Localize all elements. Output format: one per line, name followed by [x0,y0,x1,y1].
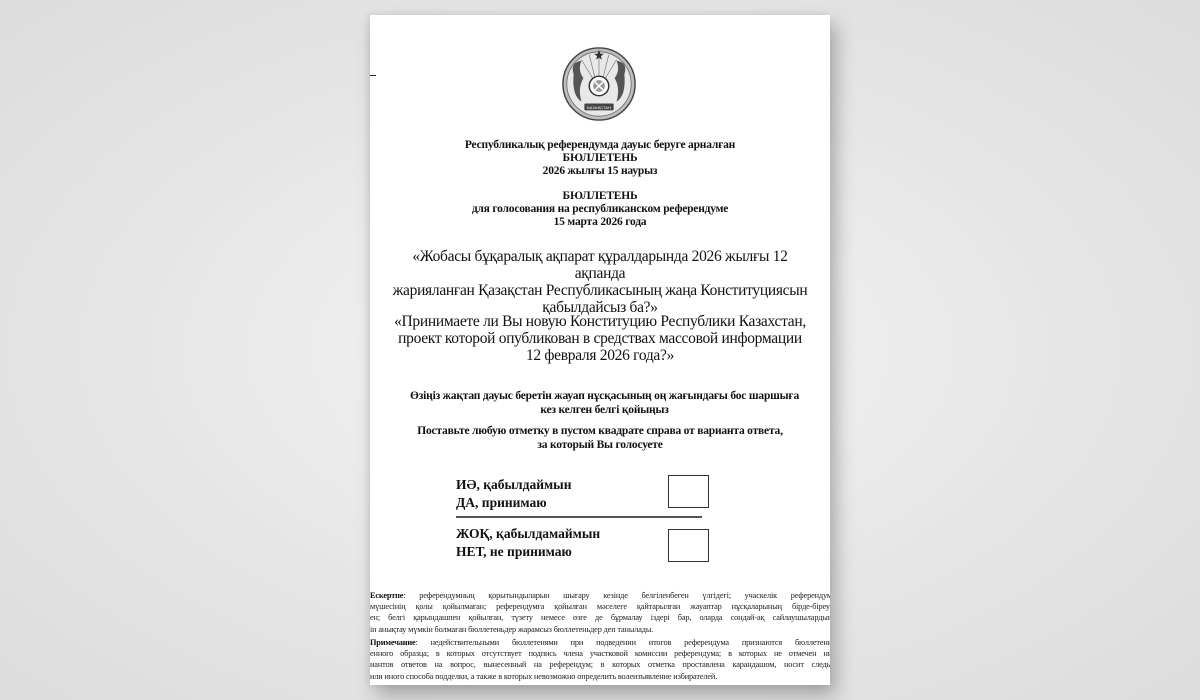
question-kazakh: «Жобасы бұқаралық ақпарат құралдарында 2… [390,248,810,316]
instruction-russian: Поставьте любую отметку в пустом квадрат… [370,424,830,452]
option-yes-kz: ИӘ, қабылдаймын [456,476,572,494]
state-emblem-icon: ҚАЗАҚСТАН [560,45,638,123]
footnote-ru-text: : недействительными бюллетенями при подв… [416,638,830,647]
instruction-kz-line: Өзіңіз жақтап дауыс беретін жауап нұсқас… [382,389,827,403]
footnote-russian: Примечание: недействительными бюллетеням… [370,637,830,682]
header-ru-line1: БЮЛЛЕТЕНЬ [370,190,830,203]
svg-text:ҚАЗАҚСТАН: ҚАЗАҚСТАН [587,105,611,110]
header-kz-date: 2026 жылғы 15 наурыз [370,165,830,178]
options-divider [456,516,702,518]
instruction-ru-line: Поставьте любую отметку в пустом квадрат… [370,424,830,438]
header-kz-line2: БЮЛЛЕТЕНЬ [370,152,830,165]
option-no-checkbox[interactable] [668,529,709,562]
footnote-kz-line: ен; белгі қарындашпен қойылған, түзету н… [370,612,830,623]
question-ru-line: проект которой опубликован в средствах м… [390,330,810,347]
header-ru-date: 15 марта 2026 года [370,216,830,229]
footnote-ru-line: Примечание: недействительными бюллетеням… [370,637,830,648]
footnote-kz-line: мүшесінің қолы қойылмаған; референдумға … [370,601,830,612]
footnote-ru-title: Примечание [370,638,416,647]
footnote-kz-line: Ескертпе: референдумның қорытындыларын ш… [370,590,830,601]
option-yes-label: ИӘ, қабылдаймын ДА, принимаю [456,476,572,512]
question-ru-line: 12 февраля 2026 года?» [390,347,810,364]
footnote-kazakh: Ескертпе: референдумның қорытындыларын ш… [370,590,830,635]
option-no-kz: ЖОҚ, қабылдамаймын [456,525,600,543]
footnote-kz-line: ін анықтау мүмкін болмаған бюллетеньдер … [370,624,830,635]
question-ru-line: «Принимаете ли Вы новую Конституцию Респ… [390,313,810,330]
question-kz-line: жарияланған Қазақстан Республикасының жа… [390,282,810,299]
footnote-ru-line: енного образца; в которых отсутствует по… [370,648,830,659]
footnote-ru-line: или иного способа подделки, а также в ко… [370,671,830,682]
option-no-ru: НЕТ, не принимаю [456,543,600,561]
edge-mark [370,75,376,76]
question-russian: «Принимаете ли Вы новую Конституцию Респ… [390,313,810,364]
header-kazakh: Республикалық референдумда дауыс беруге … [370,139,830,178]
option-no-label: ЖОҚ, қабылдамаймын НЕТ, не принимаю [456,525,600,561]
option-yes-checkbox[interactable] [668,475,709,508]
header-ru-line2: для голосования на республиканском рефер… [370,203,830,216]
instruction-kz-line: кез келген белгі қойыңыз [382,403,827,417]
footnote-kz-text: : референдумның қорытындыларын шығару ке… [403,591,830,600]
option-yes-ru: ДА, принимаю [456,494,572,512]
header-russian: БЮЛЛЕТЕНЬ для голосования на республикан… [370,190,830,229]
footnote-kz-title: Ескертпе [370,591,403,600]
question-kz-line: «Жобасы бұқаралық ақпарат құралдарында 2… [390,248,810,282]
footnote-ru-line: иантов ответов на вопрос, вынесенный на … [370,659,830,670]
instruction-kazakh: Өзіңіз жақтап дауыс беретін жауап нұсқас… [382,389,827,417]
ballot-paper: ҚАЗАҚСТАН Республикалық референдумда дау… [370,15,830,685]
instruction-ru-line: за который Вы голосуете [370,438,830,452]
header-kz-line1: Республикалық референдумда дауыс беруге … [370,139,830,152]
